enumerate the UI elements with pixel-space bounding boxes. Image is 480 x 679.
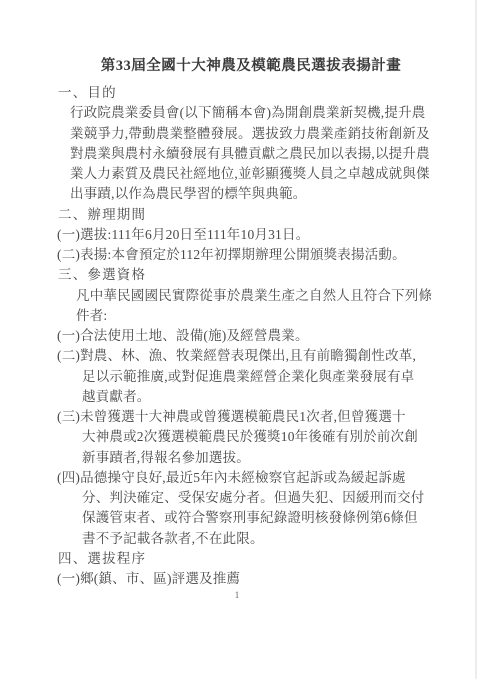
text-line: (二)對農、林、漁、牧業經營表現傑出,且有前瞻獨創性改革,	[57, 346, 480, 366]
text-line: 書不予記載各款者,不在此限。	[82, 529, 480, 549]
text-line: 分、判決確定、受保安處分者。但過失犯、因緩刑而交付	[82, 488, 480, 508]
text-line: 保護管束者、或符合警察刑事紀錄證明核發條例第6條但	[82, 508, 480, 528]
text-line: 新事蹟者,得報名參加選拔。	[82, 448, 480, 468]
text-line: (三)未曾獲選十大神農或曾獲選模範農民1次者,但曾獲選十	[57, 407, 480, 427]
document-title: 第33屆全國十大神農及模範農民選拔表揚計畫	[0, 0, 480, 76]
document-content: 第33屆全國十大神農及模範農民選拔表揚計畫 一、目的行政院農業委員會(以下簡稱本…	[0, 0, 480, 589]
page-number: 1	[0, 590, 474, 602]
text-line: 大神農或2次獲選模範農民於獲獎10年後確有別於前次創	[82, 427, 480, 447]
text-line: (二)表揚:本會預定於112年初擇期辦理公開頒獎表揚活動。	[57, 245, 480, 265]
text-line: 業競爭力,帶動農業整體發展。選拔致力農業產銷技術創新及	[70, 124, 480, 144]
text-line: 出事蹟,以作為農民學習的標竿與典範。	[70, 184, 480, 204]
text-line: (四)品德操守良好,最近5年內未經檢察官起訴或為緩起訴處	[57, 468, 480, 488]
text-line: 對農業與農村永續發展有具體貢獻之農民加以表揚,以提升農	[70, 144, 480, 164]
text-lines: 一、目的行政院農業委員會(以下簡稱本會)為開創農業新契機,提升農業競爭力,帶動農…	[0, 83, 480, 589]
text-line: (一)鄉(鎮、市、區)評選及推薦	[57, 569, 480, 589]
text-line: 行政院農業委員會(以下簡稱本會)為開創農業新契機,提升農	[70, 103, 480, 123]
text-line: 一、目的	[58, 83, 480, 103]
text-line: 件者:	[76, 306, 480, 326]
scanned-document-page: 第33屆全國十大神農及模範農民選拔表揚計畫 一、目的行政院農業委員會(以下簡稱本…	[0, 0, 480, 679]
text-line: 二、辦理期間	[58, 205, 480, 225]
text-line: (一)合法使用土地、設備(施)及經營農業。	[57, 326, 480, 346]
text-line: 凡中華民國國民實際從事於農業生產之自然人且符合下列條	[76, 286, 480, 306]
text-line: 三、參選資格	[58, 265, 480, 285]
text-line: (一)選拔:111年6月20日至111年10月31日。	[57, 225, 480, 245]
text-line: 業人力素質及農民社經地位,並彰顯獲獎人員之卓越成就與傑	[70, 164, 480, 184]
text-line: 四、選拔程序	[58, 549, 480, 569]
text-line: 足以示範推廣,或對促進農業經營企業化與產業發展有卓	[82, 367, 480, 387]
text-line: 越貢獻者。	[82, 387, 480, 407]
